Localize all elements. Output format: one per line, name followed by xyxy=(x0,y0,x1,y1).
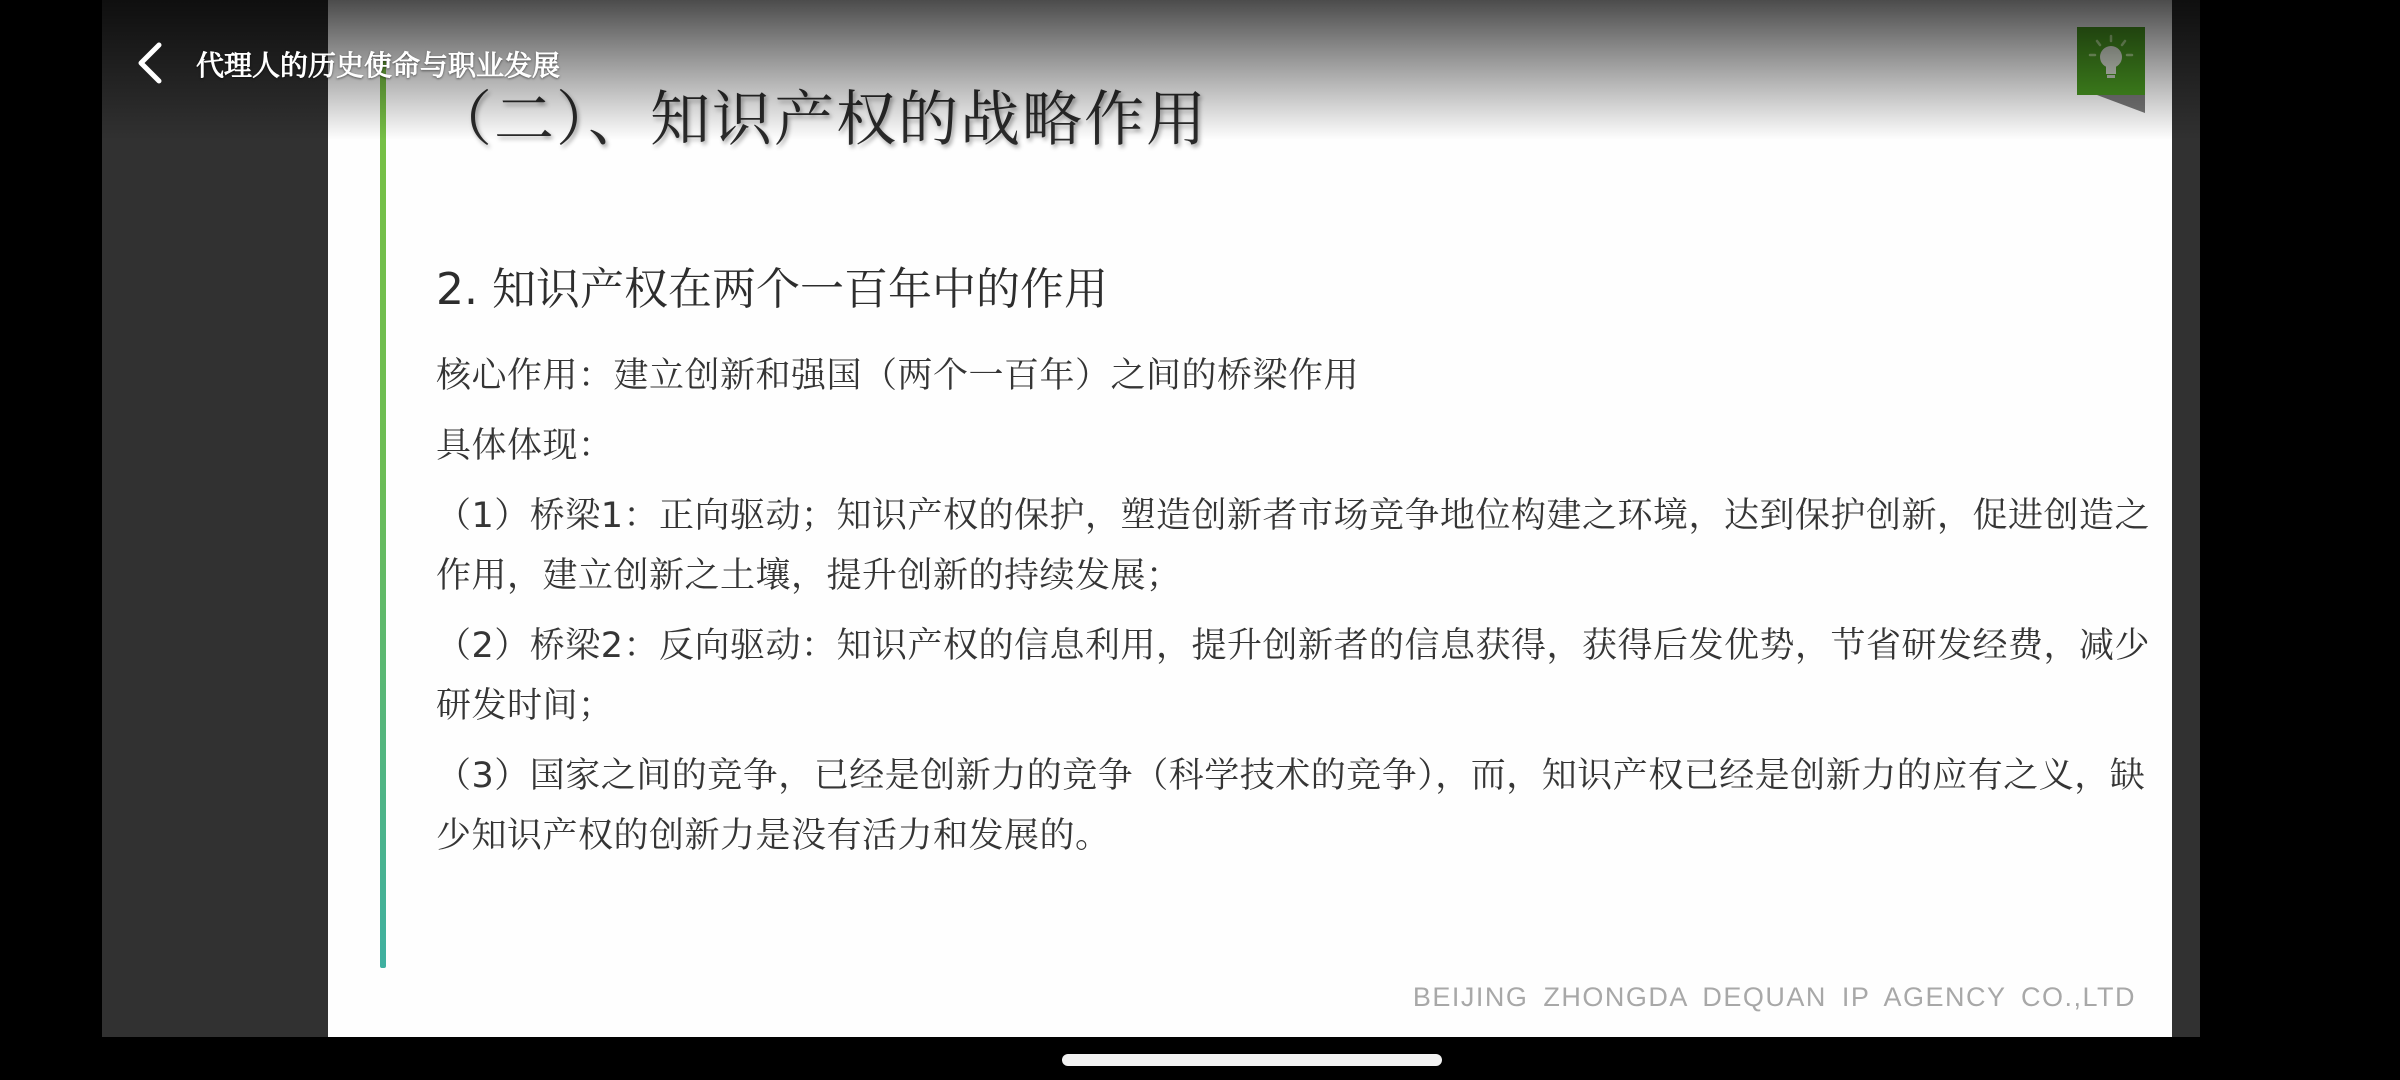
list-item-competition: （3）国家之间的竞争，已经是创新力的竞争（科学技术的竞争），而，知识产权已经是创… xyxy=(436,746,2156,866)
list-item-bridge-2: （2）桥梁2：反向驱动：知识产权的信息利用，提升创新者的信息获得，获得后发优势，… xyxy=(436,616,2156,736)
slide-content: 2. 知识产权在两个一百年中的作用 核心作用：建立创新和强国（两个一百年）之间的… xyxy=(436,262,2156,876)
section-subheading: 2. 知识产权在两个一百年中的作用 xyxy=(436,262,2156,318)
accent-bar xyxy=(380,60,386,968)
lightbulb-icon xyxy=(2077,27,2145,95)
company-footer: BEIJING ZHONGDA DEQUAN IP AGENCY CO.,LTD xyxy=(1413,982,2136,1013)
core-role-text: 核心作用：建立创新和强国（两个一百年）之间的桥梁作用 xyxy=(436,346,2156,406)
presentation-slide: （二）、知识产权的战略作用 2. 知识产权在两个一百年中的作用 核心作用：建立创… xyxy=(328,0,2172,1037)
logo-speech-tail xyxy=(2097,95,2145,113)
chevron-left-icon xyxy=(135,41,165,85)
back-button[interactable] xyxy=(128,38,172,88)
home-gesture-bar[interactable] xyxy=(1062,1054,1442,1066)
specifics-label: 具体体现： xyxy=(436,416,2156,476)
list-item-bridge-1: （1）桥梁1：正向驱动；知识产权的保护，塑造创新者市场竞争地位构建之环境，达到保… xyxy=(436,486,2156,606)
video-title: 代理人的历史使命与职业发展 xyxy=(196,44,560,84)
slide-title: （二）、知识产权的战略作用 xyxy=(432,72,1208,158)
screen: （二）、知识产权的战略作用 2. 知识产权在两个一百年中的作用 核心作用：建立创… xyxy=(0,0,2400,1080)
